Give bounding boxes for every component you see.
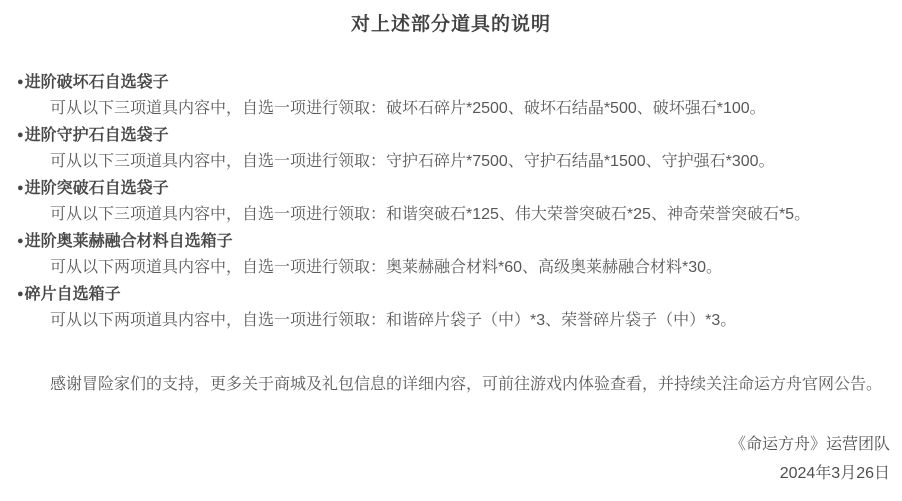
item-name: 进阶奥莱赫融合材料自选箱子 [25,233,233,250]
signature-block: 《命运方舟》运营团队 2024年3月26日 [0,430,902,488]
page-title: 对上述部分道具的说明 [0,0,902,37]
closing-paragraph: 感谢冒险家们的支持，更多关于商城及礼包信息的详细内容，可前往游戏内体验查看，并持… [0,372,902,398]
bullet-icon: ● [17,76,24,88]
item-header-guardian-stone: ●进阶守护石自选袋子 [0,122,902,149]
item-header-leap-stone: ●进阶突破石自选袋子 [0,175,902,202]
item-header-destruction-stone: ●进阶破坏石自选袋子 [0,69,902,96]
signature-team: 《命运方舟》运营团队 [0,430,890,459]
bullet-icon: ● [17,129,24,141]
bullet-icon: ● [17,235,24,247]
item-header-oreha-material: ●进阶奥莱赫融合材料自选箱子 [0,228,902,255]
item-desc-destruction-stone: 可从以下三项道具内容中，自选一项进行领取：破坏石碎片*2500、破坏石结晶*50… [0,96,902,122]
item-list: ●进阶破坏石自选袋子 可从以下三项道具内容中，自选一项进行领取：破坏石碎片*25… [0,69,902,334]
item-desc-leap-stone: 可从以下三项道具内容中，自选一项进行领取：和谐突破石*125、伟大荣誉突破石*2… [0,202,902,228]
item-header-shard-box: ●碎片自选箱子 [0,281,902,308]
item-name: 进阶破坏石自选袋子 [25,74,169,91]
item-name: 碎片自选箱子 [25,286,121,303]
bullet-icon: ● [17,182,24,194]
item-name: 进阶守护石自选袋子 [25,127,169,144]
bullet-icon: ● [17,288,24,300]
item-desc-oreha-material: 可从以下两项道具内容中，自选一项进行领取：奥莱赫融合材料*60、高级奥莱赫融合材… [0,255,902,281]
signature-date: 2024年3月26日 [0,459,890,488]
item-desc-guardian-stone: 可从以下三项道具内容中，自选一项进行领取：守护石碎片*7500、守护石结晶*15… [0,149,902,175]
item-name: 进阶突破石自选袋子 [25,180,169,197]
announcement-document: 对上述部分道具的说明 ●进阶破坏石自选袋子 可从以下三项道具内容中，自选一项进行… [0,0,902,501]
item-desc-shard-box: 可从以下两项道具内容中，自选一项进行领取：和谐碎片袋子（中）*3、荣誉碎片袋子（… [0,308,902,334]
